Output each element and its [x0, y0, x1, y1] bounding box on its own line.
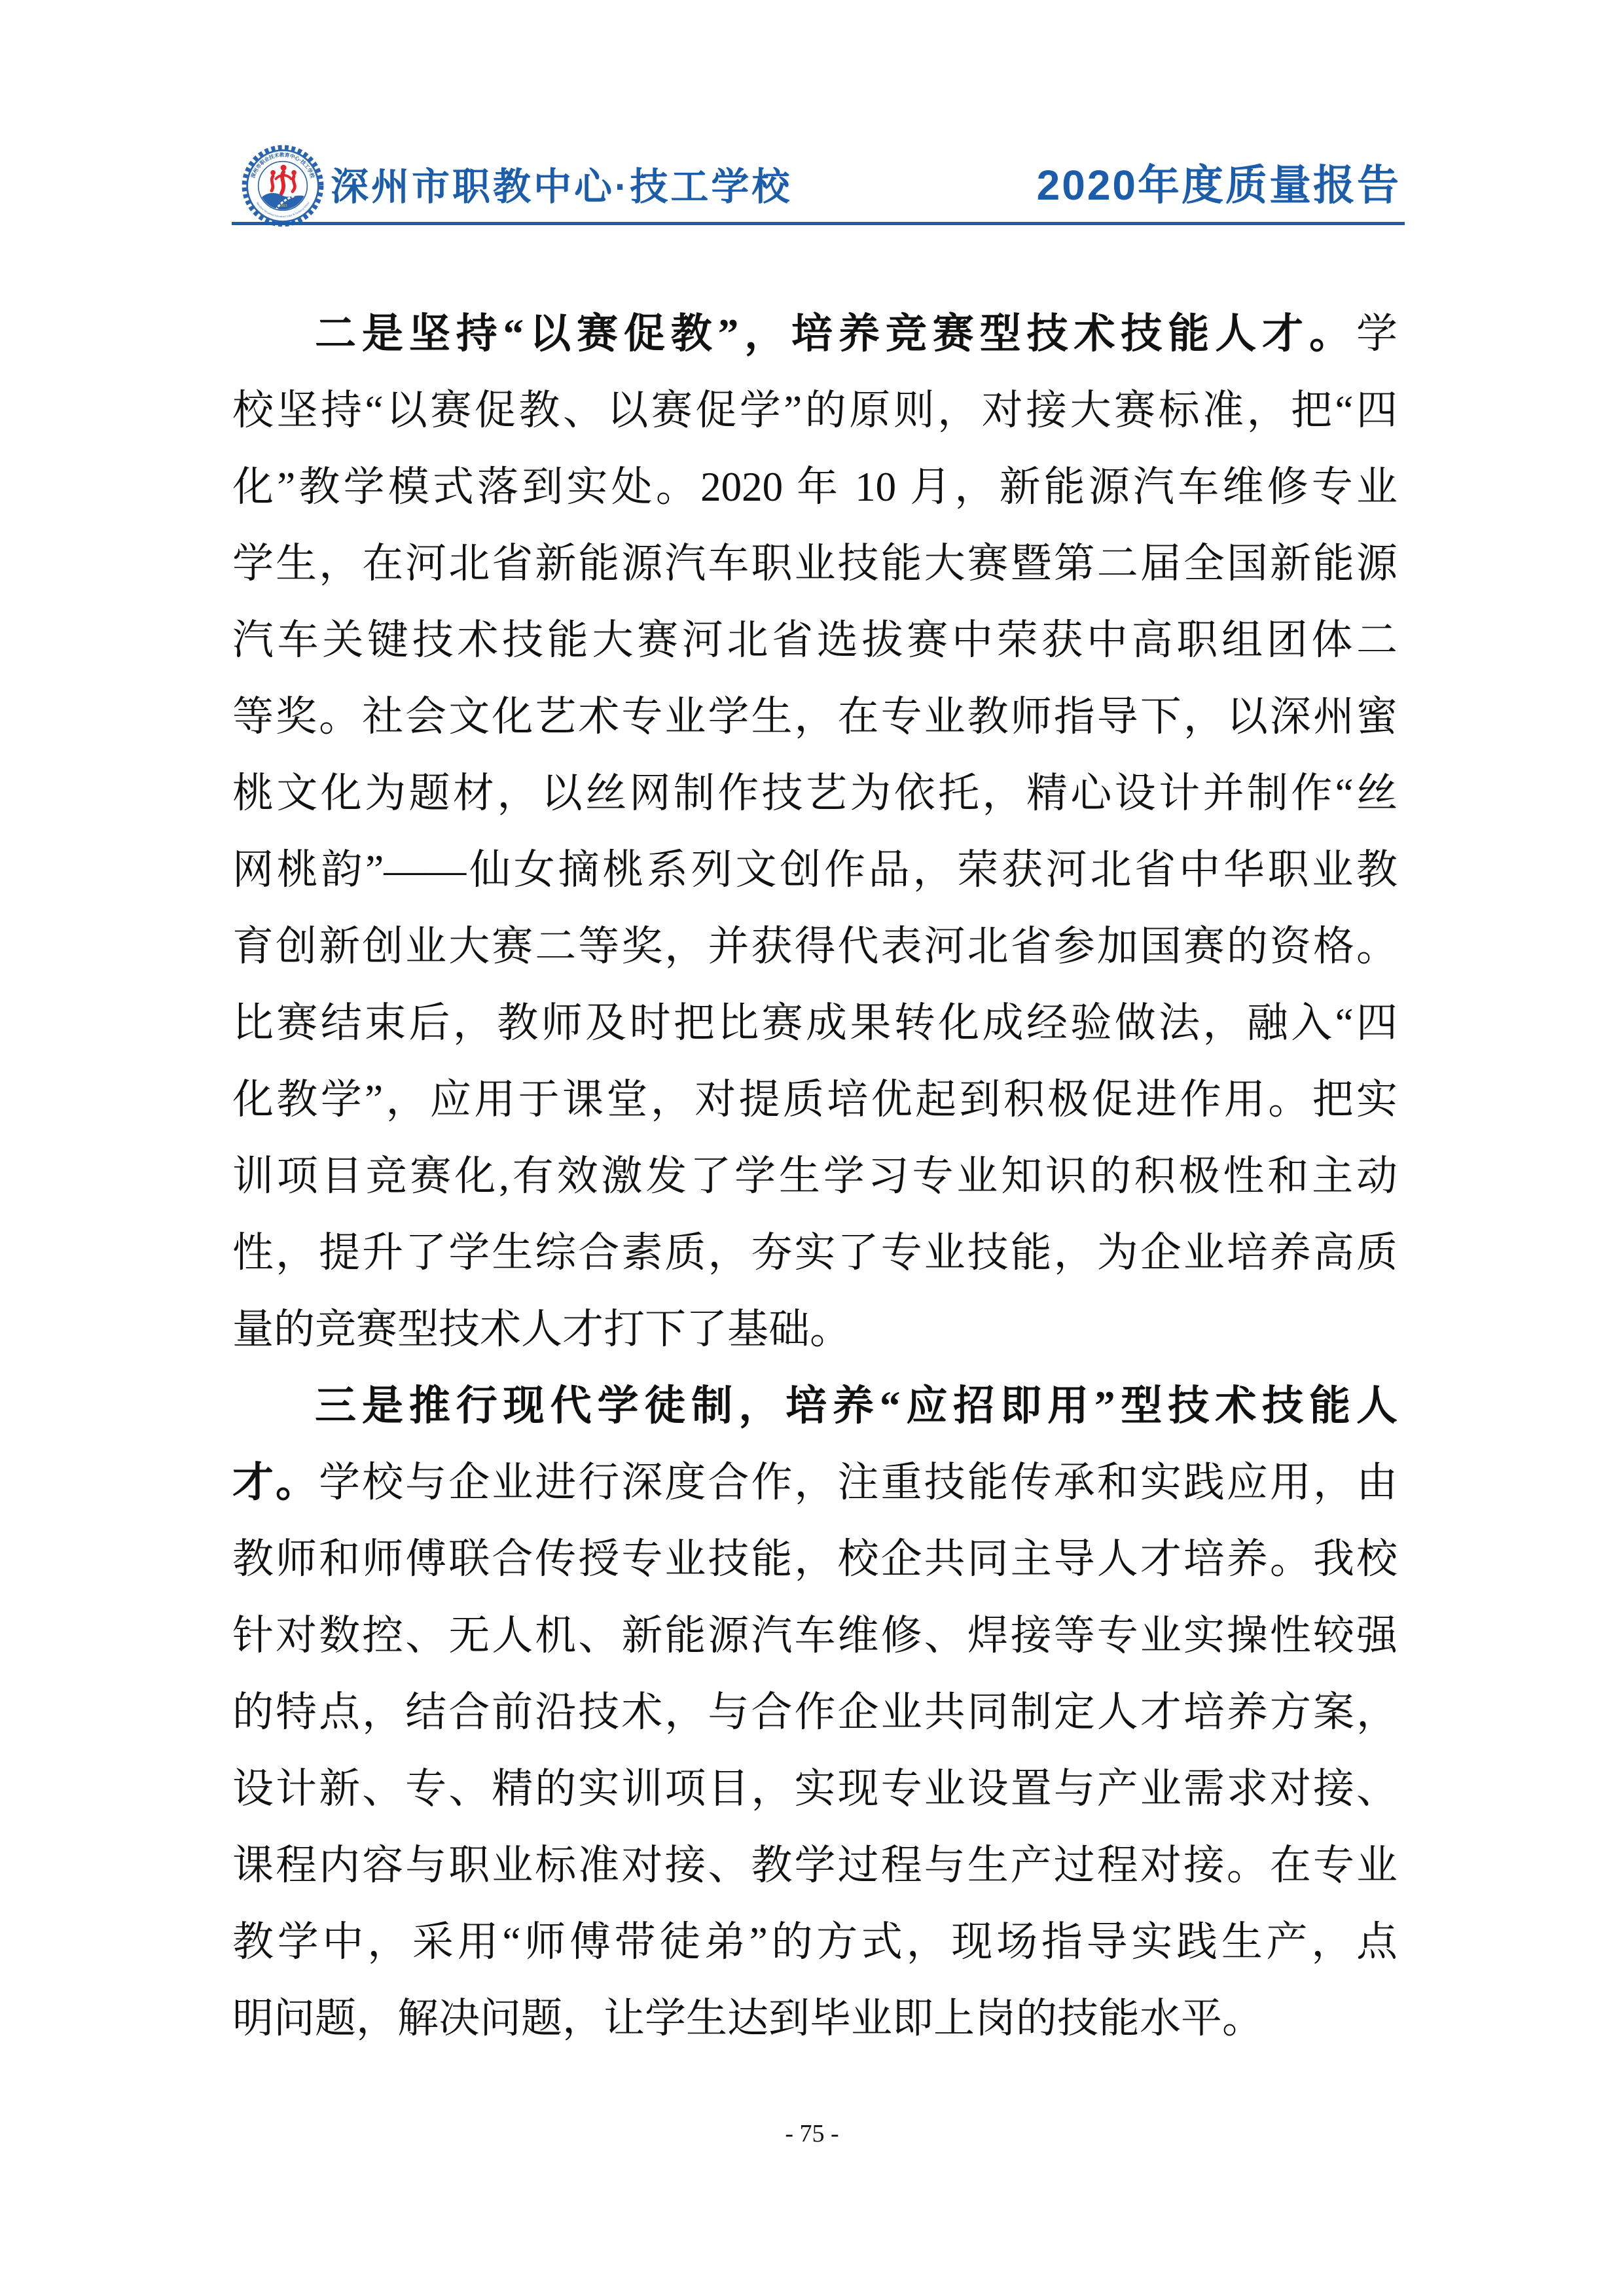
body-regular-text: 性，提升了学生综合素质，夯实了专业技能，为企业培养高质	[232, 1230, 1398, 1276]
body-line: 化”教学模式落到实处。2020 年 10 月，新能源汽车维修专业	[232, 449, 1398, 526]
body-line: 教学中，采用“师傅带徒弟”的方式，现场指导实践生产，点	[232, 1904, 1398, 1981]
body-line: 的特点，结合前沿技术，与合作企业共同制定人才培养方案，	[232, 1674, 1398, 1751]
body-line: 育创新创业大赛二等奖，并获得代表河北省参加国赛的资格。	[232, 908, 1398, 985]
body-regular-text: 学	[1356, 311, 1398, 357]
body-line: 桃文化为题材，以丝网制作技艺为依托，精心设计并制作“丝	[232, 755, 1398, 832]
body-regular-text: 学生，在河北省新能源汽车职业技能大赛暨第二届全国新能源	[232, 541, 1398, 586]
body-regular-text: 育创新创业大赛二等奖，并获得代表河北省参加国赛的资格。	[232, 924, 1398, 969]
body-bold-text: 三是推行现代学徒制，培养“应招即用”型技术技能人	[315, 1383, 1398, 1429]
body-line: 化教学”，应用于课堂，对提质培优起到积极促进作用。把实	[232, 1062, 1398, 1138]
body-line: 明问题，解决问题，让学生达到毕业即上岗的技能水平。	[232, 1981, 1398, 2057]
body-regular-text: 教师和师傅联合传授专业技能，校企共同主导人才培养。我校	[232, 1536, 1398, 1582]
body-line: 训项目竞赛化,有效激发了学生学习专业知识的积极性和主动	[232, 1138, 1398, 1215]
body-line: 网桃韵”——仙女摘桃系列文创作品，荣获河北省中华职业教	[232, 832, 1398, 908]
header-report-title: 2020年度质量报告	[1021, 152, 1401, 212]
body-regular-text: 化教学”，应用于课堂，对提质培优起到积极促进作用。把实	[232, 1077, 1398, 1122]
body-regular-text: 学校与企业进行深度合作，注重技能传承和实践应用，由	[319, 1460, 1398, 1505]
body-line: 量的竞赛型技术人才打下了基础。	[232, 1291, 1398, 1368]
school-logo: 深州市职业技术教育中心·技工学校 Shenzhou Vocational Edu…	[241, 144, 325, 228]
body-line: 学生，在河北省新能源汽车职业技能大赛暨第二届全国新能源	[232, 526, 1398, 602]
body-regular-text: 化”教学模式落到实处。2020 年 10 月，新能源汽车维修专业	[232, 464, 1398, 510]
body-line: 才。学校与企业进行深度合作，注重技能传承和实践应用，由	[232, 1444, 1398, 1521]
body-regular-text: 量的竞赛型技术人才打下了基础。	[232, 1306, 851, 1352]
body-regular-text: 网桃韵”——仙女摘桃系列文创作品，荣获河北省中华职业教	[232, 847, 1398, 893]
body-regular-text: 明问题，解决问题，让学生达到毕业即上岗的技能水平。	[232, 1996, 1263, 2041]
body-line: 等奖。社会文化艺术专业学生，在专业教师指导下，以深州蜜	[232, 679, 1398, 755]
body-line: 课程内容与职业标准对接、教学过程与生产过程对接。在专业	[232, 1827, 1398, 1904]
body-line: 设计新、专、精的实训项目，实现专业设置与产业需求对接、	[232, 1751, 1398, 1827]
header-school-name: 深州市职教中心·技工学校	[331, 156, 792, 211]
body-regular-text: 设计新、专、精的实训项目，实现专业设置与产业需求对接、	[232, 1766, 1398, 1812]
body-line: 汽车关键技术技能大赛河北省选拔赛中荣获中高职组团体二	[232, 602, 1398, 679]
body-regular-text: 针对数控、无人机、新能源汽车维修、焊接等专业实操性较强	[232, 1613, 1398, 1659]
body-line: 比赛结束后，教师及时把比赛成果转化成经验做法，融入“四	[232, 985, 1398, 1062]
body-line: 教师和师傅联合传授专业技能，校企共同主导人才培养。我校	[232, 1521, 1398, 1598]
body-line: 二是坚持“以赛促教”，培养竞赛型技术技能人才。学	[232, 296, 1398, 372]
body-bold-text: 二是坚持“以赛促教”，培养竞赛型技术技能人才。	[315, 311, 1356, 357]
body-regular-text: 桃文化为题材，以丝网制作技艺为依托，精心设计并制作“丝	[232, 770, 1398, 816]
body-line: 性，提升了学生综合素质，夯实了专业技能，为企业培养高质	[232, 1215, 1398, 1291]
body-regular-text: 汽车关键技术技能大赛河北省选拔赛中荣获中高职组团体二	[232, 617, 1398, 663]
body-line: 三是推行现代学徒制，培养“应招即用”型技术技能人	[232, 1368, 1398, 1444]
body-regular-text: 训项目竞赛化,有效激发了学生学习专业知识的积极性和主动	[232, 1153, 1398, 1199]
body-regular-text: 比赛结束后，教师及时把比赛成果转化成经验做法，融入“四	[232, 1000, 1398, 1046]
body-line: 校坚持“以赛促教、以赛促学”的原则，对接大赛标准，把“四	[232, 372, 1398, 449]
body-regular-text: 课程内容与职业标准对接、教学过程与生产过程对接。在专业	[232, 1842, 1398, 1888]
body-bold-text: 才。	[232, 1460, 319, 1505]
body-regular-text: 的特点，结合前沿技术，与合作企业共同制定人才培养方案，	[232, 1689, 1398, 1735]
school-logo-icon: 深州市职业技术教育中心·技工学校 Shenzhou Vocational Edu…	[241, 144, 325, 228]
body-regular-text: 校坚持“以赛促教、以赛促学”的原则，对接大赛标准，把“四	[232, 387, 1398, 433]
body-line: 针对数控、无人机、新能源汽车维修、焊接等专业实操性较强	[232, 1598, 1398, 1674]
document-page: 深州市职业技术教育中心·技工学校 Shenzhou Vocational Edu…	[0, 0, 1624, 2296]
page-number: - 75 -	[0, 2119, 1624, 2148]
body-regular-text: 等奖。社会文化艺术专业学生，在专业教师指导下，以深州蜜	[232, 694, 1398, 740]
body-text: 二是坚持“以赛促教”，培养竞赛型技术技能人才。学校坚持“以赛促教、以赛促学”的原…	[232, 296, 1398, 2057]
body-regular-text: 教学中，采用“师傅带徒弟”的方式，现场指导实践生产，点	[232, 1919, 1398, 1965]
header-divider	[232, 222, 1405, 225]
logo-year-text: 1993	[279, 204, 287, 208]
